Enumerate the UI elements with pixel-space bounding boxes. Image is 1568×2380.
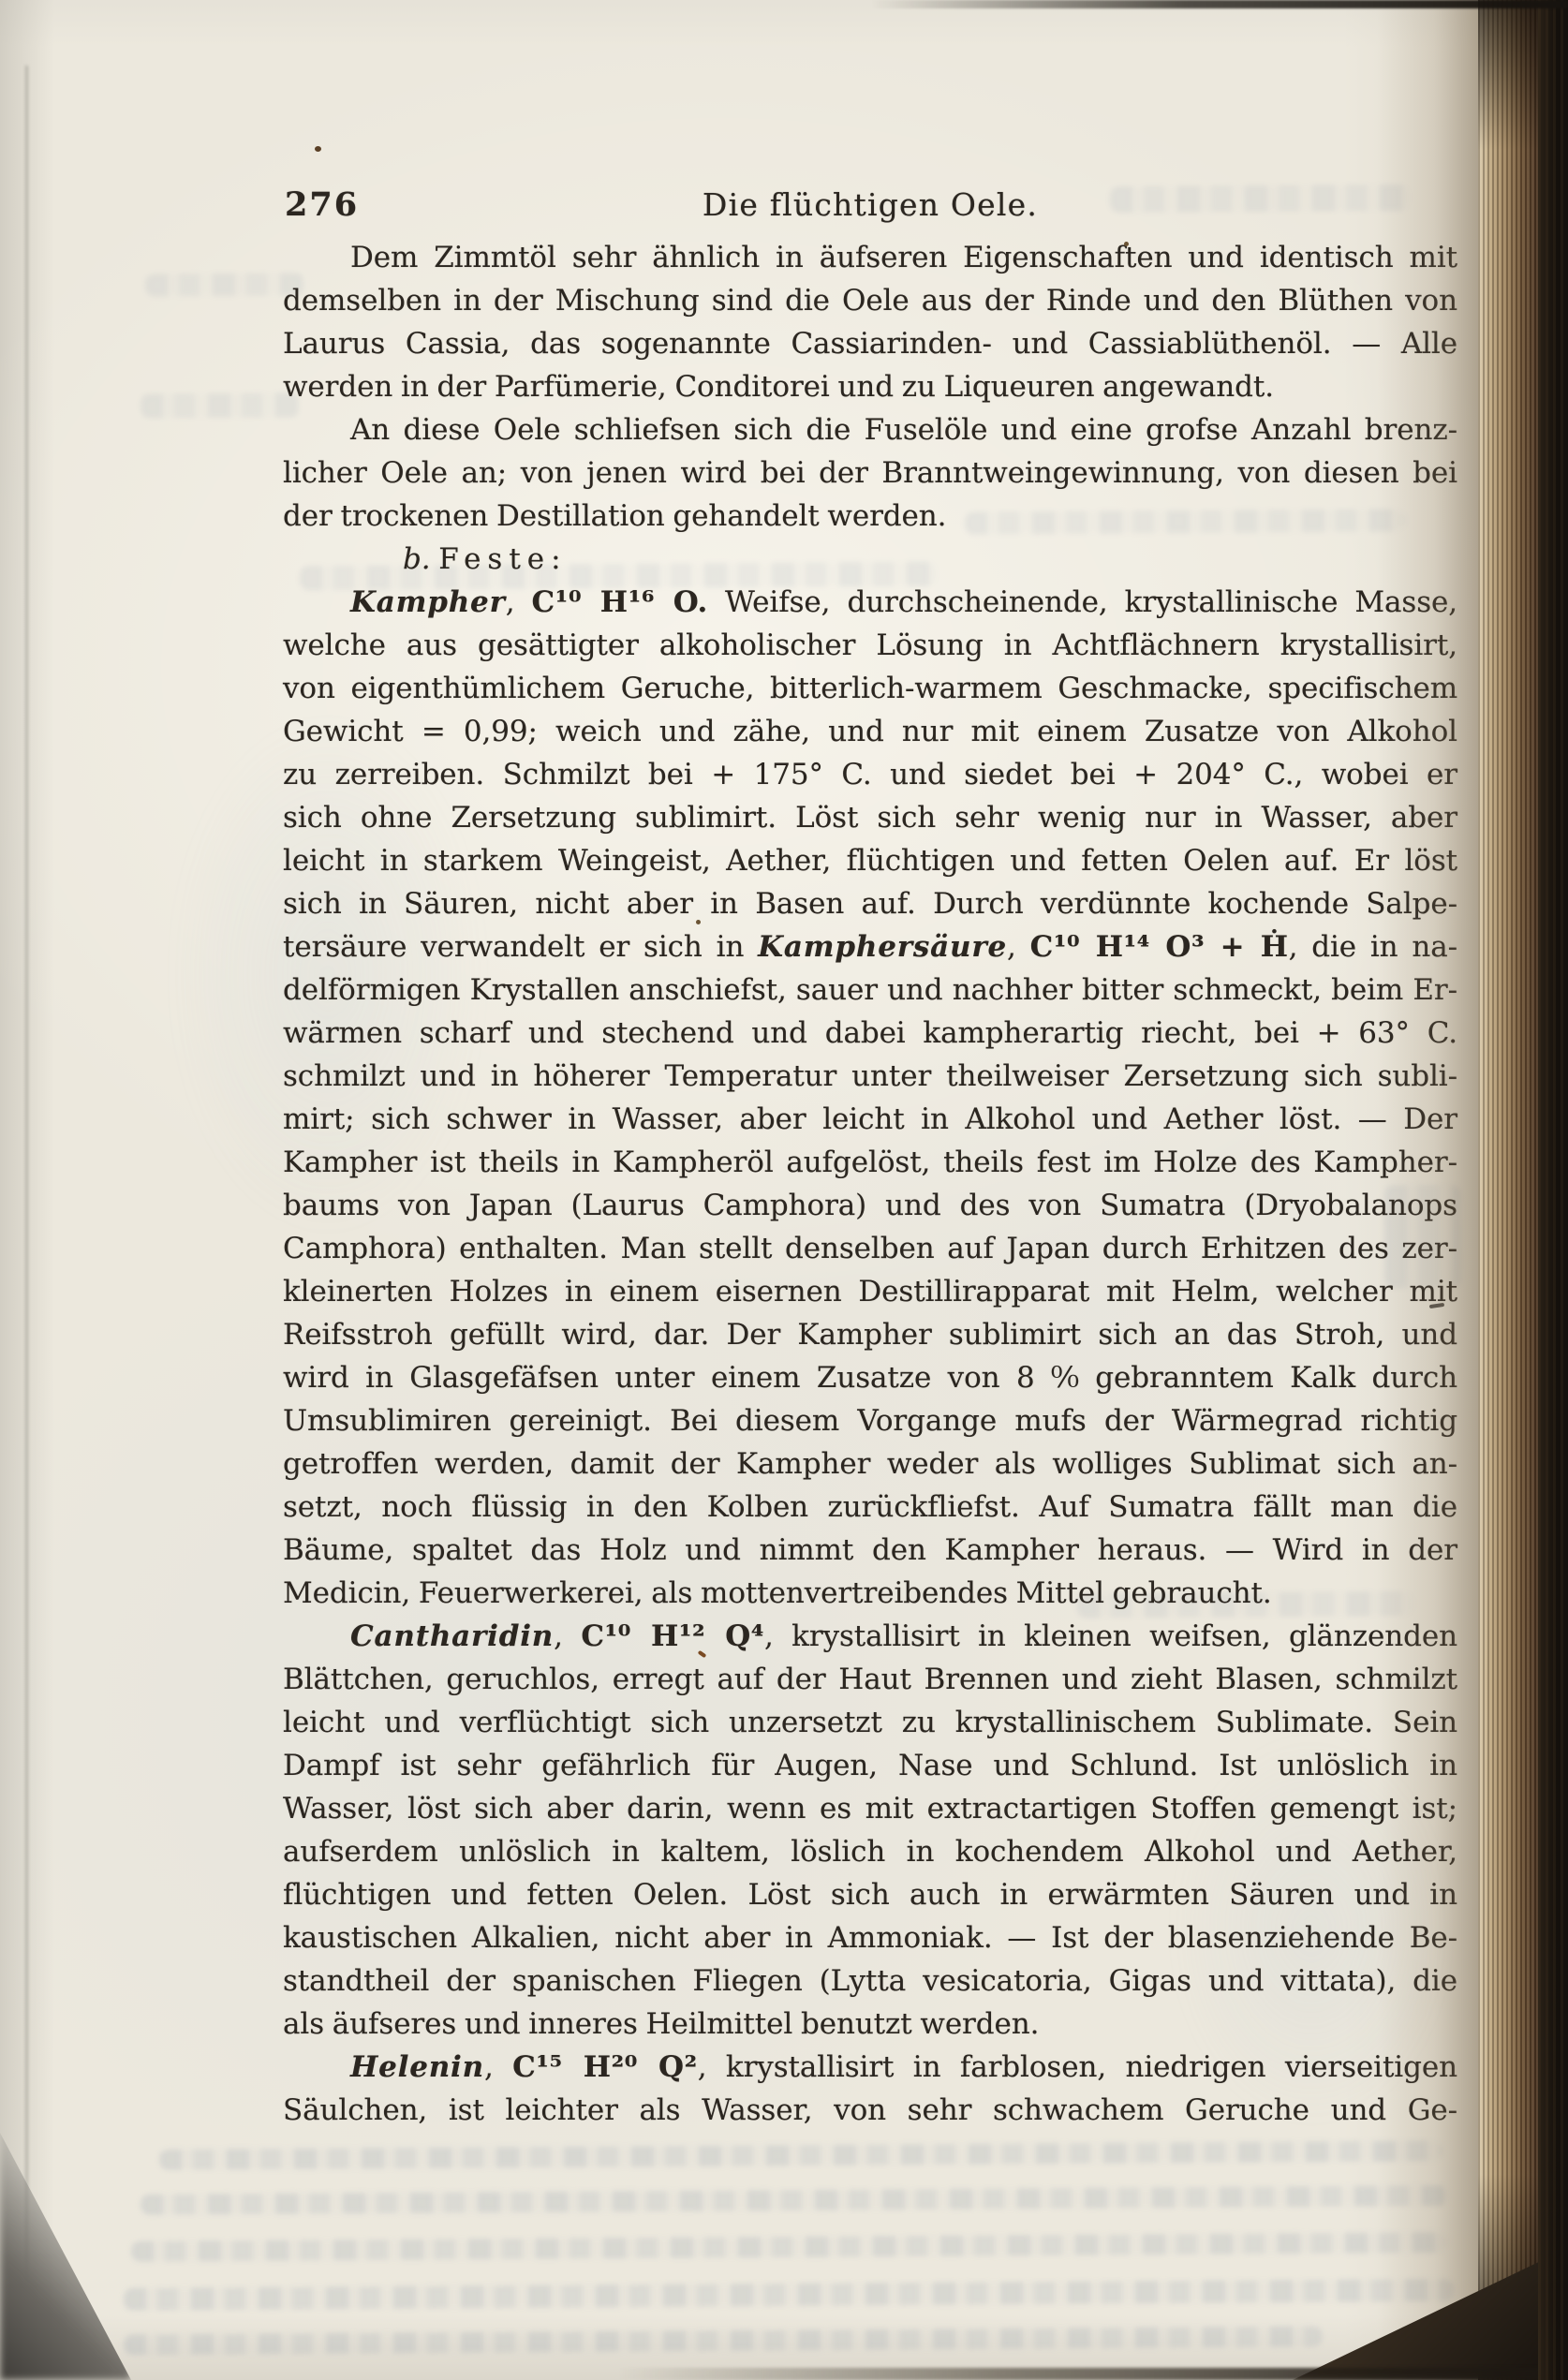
book-fore-edge	[1478, 0, 1538, 2380]
text-line: Kampher ist theils in Kampheröl aufgelös…	[283, 1141, 1457, 1184]
text-line: b. Feste:	[283, 538, 1457, 581]
text-segment: wärmen scharf und stechend und dabei kam…	[283, 1016, 1457, 1050]
text-line: getroffen werden, damit der Kampher wede…	[283, 1442, 1457, 1486]
text-line: von eigenthümlichem Geruche, bitterlich-…	[283, 667, 1457, 710]
running-header-title: Die flüchtigen Oele.	[283, 184, 1457, 227]
paragraph: b. Feste:	[283, 538, 1457, 581]
text-segment: ,	[506, 585, 532, 619]
text-segment: Medicin, Feuerwerkerei, als mottenvertre…	[283, 1576, 1272, 1610]
text-segment: An diese Oele schliefsen sich die Fuselö…	[350, 413, 1457, 447]
binding-shadow-bottom-left	[0, 2099, 131, 2380]
text-segment: setzt, noch flüssig in den Kolben zurück…	[283, 1490, 1457, 1524]
text-segment: demselben in der Mischung sind die Oele …	[283, 284, 1457, 318]
text-line: der trockenen Destillation gehandelt wer…	[283, 495, 1457, 538]
paragraph: Dem Zimmtöl sehr ähnlich in äufseren Eig…	[283, 236, 1457, 408]
text-segment: Säulchen, ist leichter als Wasser, von s…	[283, 2093, 1457, 2127]
text-line: welche aus gesättigter alkoholischer Lös…	[283, 624, 1457, 667]
text-segment-bi: Helenin	[350, 2050, 484, 2084]
text-line: flüchtigen und fetten Oelen. Löst sich a…	[283, 1873, 1457, 1916]
text-segment: der trockenen Destillation gehandelt wer…	[283, 499, 946, 533]
text-line: wird in Glasgefäfsen unter einem Zusatze…	[283, 1356, 1457, 1399]
running-header-row: 276 Die flüchtigen Oele.	[283, 184, 1457, 227]
text-line: schmilzt und in höherer Temperatur unter…	[283, 1055, 1457, 1098]
text-segment	[431, 542, 439, 576]
text-line: Blättchen, geruchlos, erregt auf der Hau…	[283, 1658, 1457, 1701]
text-line: Medicin, Feuerwerkerei, als mottenvertre…	[283, 1572, 1457, 1615]
text-segment: Reifsstroh gefüllt wird, dar. Der Kamphe…	[283, 1318, 1457, 1352]
show-through-line	[141, 2185, 1447, 2215]
text-segment: Dem Zimmtöl sehr ähnlich in äufseren Eig…	[350, 241, 1457, 274]
paper-surface: 276 Die flüchtigen Oele. Dem Zimmtöl seh…	[0, 0, 1568, 2380]
text-segment-fm: C¹⁰ H¹⁶ O.	[532, 585, 708, 619]
text-line: Laurus Cassia, das sogenannte Cassiarind…	[283, 322, 1457, 365]
text-segment: mirt; sich schwer in Wasser, aber leicht…	[283, 1102, 1457, 1136]
paragraph: Cantharidin, C¹⁰ H¹² Q⁴, krystallisirt i…	[283, 1615, 1457, 2046]
text-line: Kampher, C¹⁰ H¹⁶ O. Weifse, durchscheine…	[283, 581, 1457, 624]
text-line: demselben in der Mischung sind die Oele …	[283, 279, 1457, 322]
text-segment: ,	[1007, 930, 1030, 964]
text-segment: Wasser, löst sich aber darin, wenn es mi…	[283, 1792, 1457, 1826]
text-segment: getroffen werden, damit der Kampher wede…	[283, 1447, 1457, 1481]
text-segment-i: b.	[403, 542, 431, 576]
text-segment: von eigenthümlichem Geruche, bitterlich-…	[283, 672, 1457, 705]
text-line: Wasser, löst sich aber darin, wenn es mi…	[283, 1787, 1457, 1830]
text-segment: standtheil der spanischen Fliegen (Lytta…	[283, 1964, 1457, 1998]
text-line: sich ohne Zersetzung sublimirt. Löst sic…	[283, 796, 1457, 839]
text-line: Reifsstroh gefüllt wird, dar. Der Kamphe…	[283, 1313, 1457, 1356]
text-body: Dem Zimmtöl sehr ähnlich in äufseren Eig…	[283, 236, 1457, 2132]
text-segment: werden in der Parfümerie, Conditorei und…	[283, 370, 1274, 404]
text-line: Cantharidin, C¹⁰ H¹² Q⁴, krystallisirt i…	[283, 1615, 1457, 1658]
text-segment: Umsublimiren gereinigt. Bei diesem Vorga…	[283, 1404, 1457, 1438]
text-line: tersäure verwandelt er sich in Kamphersä…	[283, 925, 1457, 968]
text-segment: welche aus gesättigter alkoholischer Lös…	[283, 628, 1457, 662]
text-line: Bäume, spaltet das Holz und nimmt den Ka…	[283, 1529, 1457, 1572]
text-segment: Gewicht = 0,99; weich und zähe, und nur …	[283, 715, 1457, 748]
text-line: standtheil der spanischen Fliegen (Lytta…	[283, 1959, 1457, 2003]
text-segment-bi: Kampher	[350, 585, 506, 619]
text-line: Helenin, C¹⁵ H²⁰ Q², krystallisirt in fa…	[283, 2046, 1457, 2089]
text-segment: kaustischen Alkalien, nicht aber in Ammo…	[283, 1921, 1457, 1955]
text-line: werden in der Parfümerie, Conditorei und…	[283, 365, 1457, 408]
text-line: leicht und verflüchtigt sich unzersetzt …	[283, 1701, 1457, 1744]
page-fold-line	[25, 66, 28, 2295]
show-through-line	[124, 2327, 1323, 2356]
text-segment: schmilzt und in höherer Temperatur unter…	[283, 1059, 1457, 1093]
text-segment: leicht und verflüchtigt sich unzersetzt …	[283, 1706, 1457, 1739]
paragraph: An diese Oele schliefsen sich die Fuselö…	[283, 408, 1457, 538]
text-segment: zu zerreiben. Schmilzt bei + 175° C. und…	[283, 758, 1457, 791]
text-line: kleinerten Holzes in einem eisernen Dest…	[283, 1270, 1457, 1313]
text-line: Umsublimiren gereinigt. Bei diesem Vorga…	[283, 1399, 1457, 1442]
paragraph: Helenin, C¹⁵ H²⁰ Q², krystallisirt in fa…	[283, 2046, 1457, 2132]
text-segment: Blättchen, geruchlos, erregt auf der Hau…	[283, 1663, 1457, 1696]
text-line: delförmigen Krystallen anschiefst, sauer…	[283, 968, 1457, 1012]
text-segment: , krystallisirt in farblosen, niedrigen …	[698, 2050, 1457, 2084]
text-line: licher Oele an; von jenen wird bei der B…	[283, 451, 1457, 495]
text-segment: ,	[554, 1619, 581, 1653]
text-segment: wird in Glasgefäfsen unter einem Zusatze…	[283, 1361, 1457, 1395]
text-segment: Bäume, spaltet das Holz und nimmt den Ka…	[283, 1533, 1457, 1567]
show-through-line	[159, 2140, 1442, 2170]
show-through-smudge	[145, 273, 304, 296]
text-segment: Weifse, durchscheinende, krystallinische…	[708, 585, 1457, 619]
text-segment: aufserdem unlöslich in kaltem, löslich i…	[283, 1835, 1457, 1869]
text-line: kaustischen Alkalien, nicht aber in Ammo…	[283, 1916, 1457, 1959]
text-segment: delförmigen Krystallen anschiefst, sauer…	[283, 973, 1457, 1007]
text-line: Dem Zimmtöl sehr ähnlich in äufseren Eig…	[283, 236, 1457, 279]
text-segment: baums von Japan (Laurus Camphora) und de…	[283, 1189, 1457, 1222]
paragraph: Kampher, C¹⁰ H¹⁶ O. Weifse, durchscheine…	[283, 581, 1457, 1615]
text-segment: Dampf ist sehr gefährlich für Augen, Nas…	[283, 1749, 1457, 1782]
text-segment: sich ohne Zersetzung sublimirt. Löst sic…	[283, 801, 1457, 835]
text-line: wärmen scharf und stechend und dabei kam…	[283, 1012, 1457, 1055]
paper-speck	[1124, 242, 1129, 246]
text-segment-bi: Cantharidin	[350, 1619, 554, 1653]
text-segment: kleinerten Holzes in einem eisernen Dest…	[283, 1275, 1457, 1308]
text-line: leicht in starkem Weingeist, Aether, flü…	[283, 839, 1457, 882]
show-through-smudge	[141, 392, 300, 418]
text-segment: , die in na-	[1289, 930, 1457, 964]
text-line: Gewicht = 0,99; weich und zähe, und nur …	[283, 710, 1457, 753]
book-cover-edge	[1538, 0, 1568, 2380]
text-line: An diese Oele schliefsen sich die Fuselö…	[283, 408, 1457, 451]
text-segment: flüchtigen und fetten Oelen. Löst sich a…	[283, 1878, 1457, 1912]
text-line: als äufseres und inneres Heilmittel benu…	[283, 2003, 1457, 2046]
text-segment: leicht in starkem Weingeist, Aether, flü…	[283, 844, 1457, 878]
text-line: Camphora) enthalten. Man stellt denselbe…	[283, 1227, 1457, 1270]
text-line: Säulchen, ist leichter als Wasser, von s…	[283, 2089, 1457, 2132]
text-segment-fm: C¹⁰ H¹² Q⁴	[581, 1619, 764, 1653]
text-segment: ,	[484, 2050, 512, 2084]
scanned-book-page: 276 Die flüchtigen Oele. Dem Zimmtöl seh…	[0, 0, 1568, 2380]
text-segment: Kampher ist theils in Kampheröl aufgelös…	[283, 1146, 1457, 1179]
page-top-gap-shadow	[871, 0, 1568, 8]
text-segment: licher Oele an; von jenen wird bei der B…	[283, 456, 1457, 490]
paper-speck	[315, 146, 321, 152]
text-segment: als äufseres und inneres Heilmittel benu…	[283, 2007, 1039, 2041]
show-through-line	[131, 2232, 1447, 2262]
text-segment-sp: Feste:	[438, 542, 567, 576]
text-line: baums von Japan (Laurus Camphora) und de…	[283, 1184, 1457, 1227]
text-line: aufserdem unlöslich in kaltem, löslich i…	[283, 1830, 1457, 1873]
text-segment-fm: C¹⁰ H¹⁴ O³ + Ḣ	[1030, 930, 1289, 964]
text-line: sich in Säuren, nicht aber in Basen auf.…	[283, 882, 1457, 925]
text-segment: Camphora) enthalten. Man stellt denselbe…	[283, 1232, 1457, 1265]
text-segment-bi: Kamphersäure	[758, 930, 1007, 964]
text-line: mirt; sich schwer in Wasser, aber leicht…	[283, 1098, 1457, 1141]
text-line: setzt, noch flüssig in den Kolben zurück…	[283, 1486, 1457, 1529]
text-line: Dampf ist sehr gefährlich für Augen, Nas…	[283, 1744, 1457, 1787]
paper-speck	[696, 920, 701, 924]
text-segment: sich in Säuren, nicht aber in Basen auf.…	[283, 887, 1457, 921]
page-bottom-edge-shadow	[618, 2368, 1568, 2380]
show-through-line	[124, 2279, 1454, 2311]
text-segment: Laurus Cassia, das sogenannte Cassiarind…	[283, 327, 1457, 361]
text-segment-fm: C¹⁵ H²⁰ Q²	[512, 2050, 698, 2084]
text-segment: tersäure verwandelt er sich in	[283, 930, 758, 964]
text-line: zu zerreiben. Schmilzt bei + 175° C. und…	[283, 753, 1457, 796]
text-segment: , krystallisirt in kleinen weifsen, glän…	[764, 1619, 1457, 1653]
